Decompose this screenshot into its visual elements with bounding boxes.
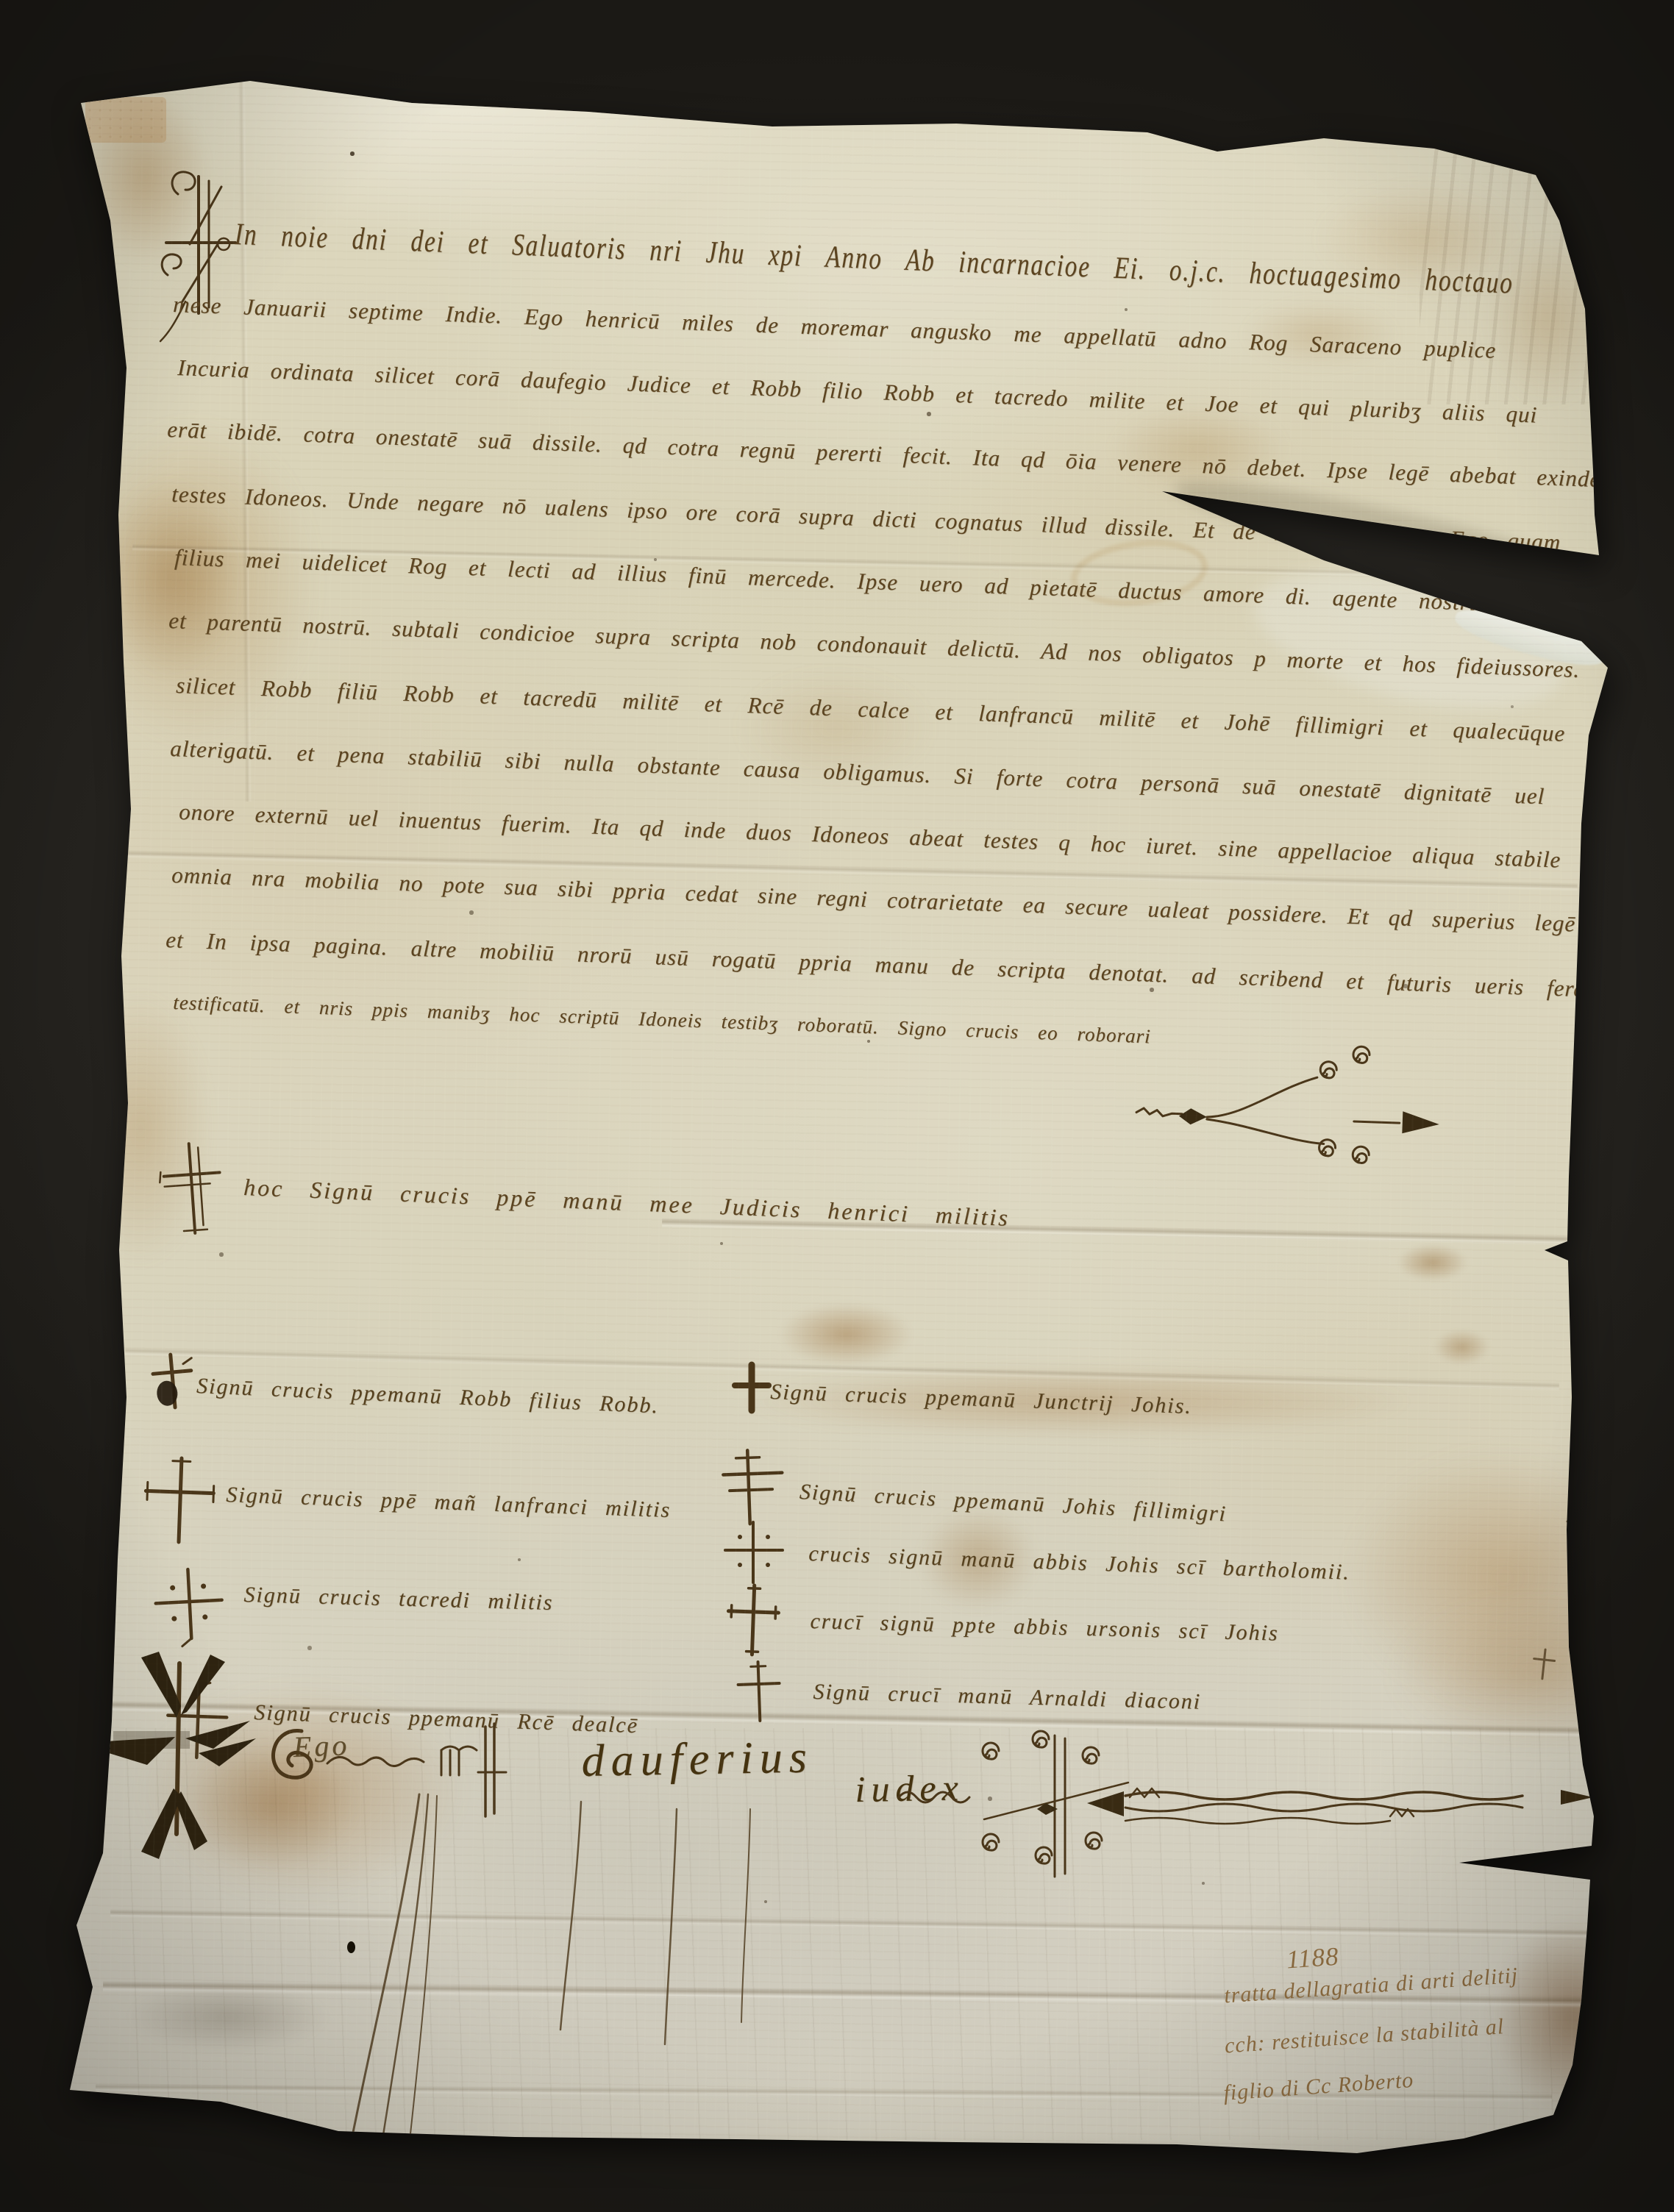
signum-cross-icon	[731, 1360, 772, 1416]
signum-cross-icon	[146, 1348, 199, 1415]
parchment-sheet: In noie dni dei et Saluatoris nri Jhu xp…	[0, 0, 1674, 2212]
charter-line: testificatū. et nris ppis manibʒ hoc scr…	[173, 991, 1151, 1048]
autograph-line: hoc Signū crucis ppē manū mee Judicis he…	[243, 1174, 1011, 1232]
archival-note-year: 1188	[1286, 1942, 1340, 1975]
notary-squiggle-icon	[896, 1780, 977, 1816]
signature-line: Signū crucī manū Arnaldi diaconi	[813, 1680, 1201, 1715]
signum-cross-icon	[734, 1658, 783, 1727]
signature-line: Signū crucis ppemanū Robb filius Robb.	[196, 1374, 660, 1419]
charter-line: mese Januarii septime Indie. Ego henricū…	[173, 291, 1497, 363]
notarial-star-sign-icon	[94, 1644, 263, 1865]
notary-ego-label: Ego	[293, 1727, 350, 1764]
signature-line: Signū crucis ppemanū Johis fillimigri	[799, 1480, 1228, 1527]
notary-descenders-icon	[265, 1787, 824, 2155]
signature-line: crucis signū manū abbis Johis scī bartho…	[808, 1541, 1351, 1585]
signature-line: Signū crucis ppemanū Junctrij Johis.	[770, 1380, 1193, 1419]
charter-line: erāt ibidē. cotra onestatē suā dissile. …	[167, 416, 1601, 493]
charter-line: Incuria ordinata silicet corā daufegio J…	[177, 354, 1538, 428]
signum-cross-icon	[138, 1451, 222, 1549]
charter-line: et In ipsa pagina. altre mobiliū nrorū u…	[165, 927, 1585, 1002]
signature-line: Signū crucis ppē mañ lanfranci militis	[226, 1483, 672, 1523]
small-cross-mark-icon	[1565, 1509, 1590, 1543]
stain	[1434, 1330, 1489, 1365]
charter-line: onore externū uel inuentus fuerim. Ita q…	[179, 799, 1561, 873]
notary-ruled-flourish-icon	[1081, 1755, 1596, 1858]
notary-name: dauferius	[581, 1731, 813, 1787]
signum-cross-icon	[149, 1563, 230, 1649]
photo-of-charter: In noie dni dei et Saluatoris nri Jhu xp…	[0, 0, 1674, 2212]
signature-line: Signū crucis tacredi militis	[243, 1583, 554, 1616]
archival-note: 1188 tratta dellagratia di arti delitij …	[1218, 1922, 1642, 2141]
text-end-flourish-icon	[1132, 1026, 1453, 1166]
signum-cross-icon	[724, 1582, 784, 1662]
charter-line: omnia nra mobilia no pote sua sibi ppria…	[171, 862, 1576, 937]
stain	[780, 1303, 912, 1366]
parchment-shadow-wrap: In noie dni dei et Saluatoris nri Jhu xp…	[0, 0, 1674, 2212]
archival-note-line: cch: restituisce la stabilità al	[1224, 2014, 1505, 2058]
stain	[1486, 235, 1611, 404]
stain	[1346, 1449, 1662, 1706]
archival-note-line: tratta dellagratia di arti delitij	[1223, 1963, 1519, 2009]
small-cross-mark-icon	[1530, 1646, 1559, 1682]
ink-specks	[0, 0, 1, 1]
stain	[1397, 1244, 1467, 1281]
corner-repair-patch	[85, 97, 166, 143]
charter-line: alterigatū. et pena stabiliū sibi nulla …	[170, 735, 1545, 810]
signature-line: crucī signū ppte abbis ursonis scī Johis	[810, 1609, 1279, 1646]
autograph-cross-icon	[155, 1134, 230, 1243]
archival-note-line: figlio di Cc Roberto	[1222, 2068, 1414, 2106]
charter-line: In noie dni dei et Saluatoris nri Jhu xp…	[234, 218, 1514, 302]
signum-cross-icon	[722, 1516, 787, 1588]
